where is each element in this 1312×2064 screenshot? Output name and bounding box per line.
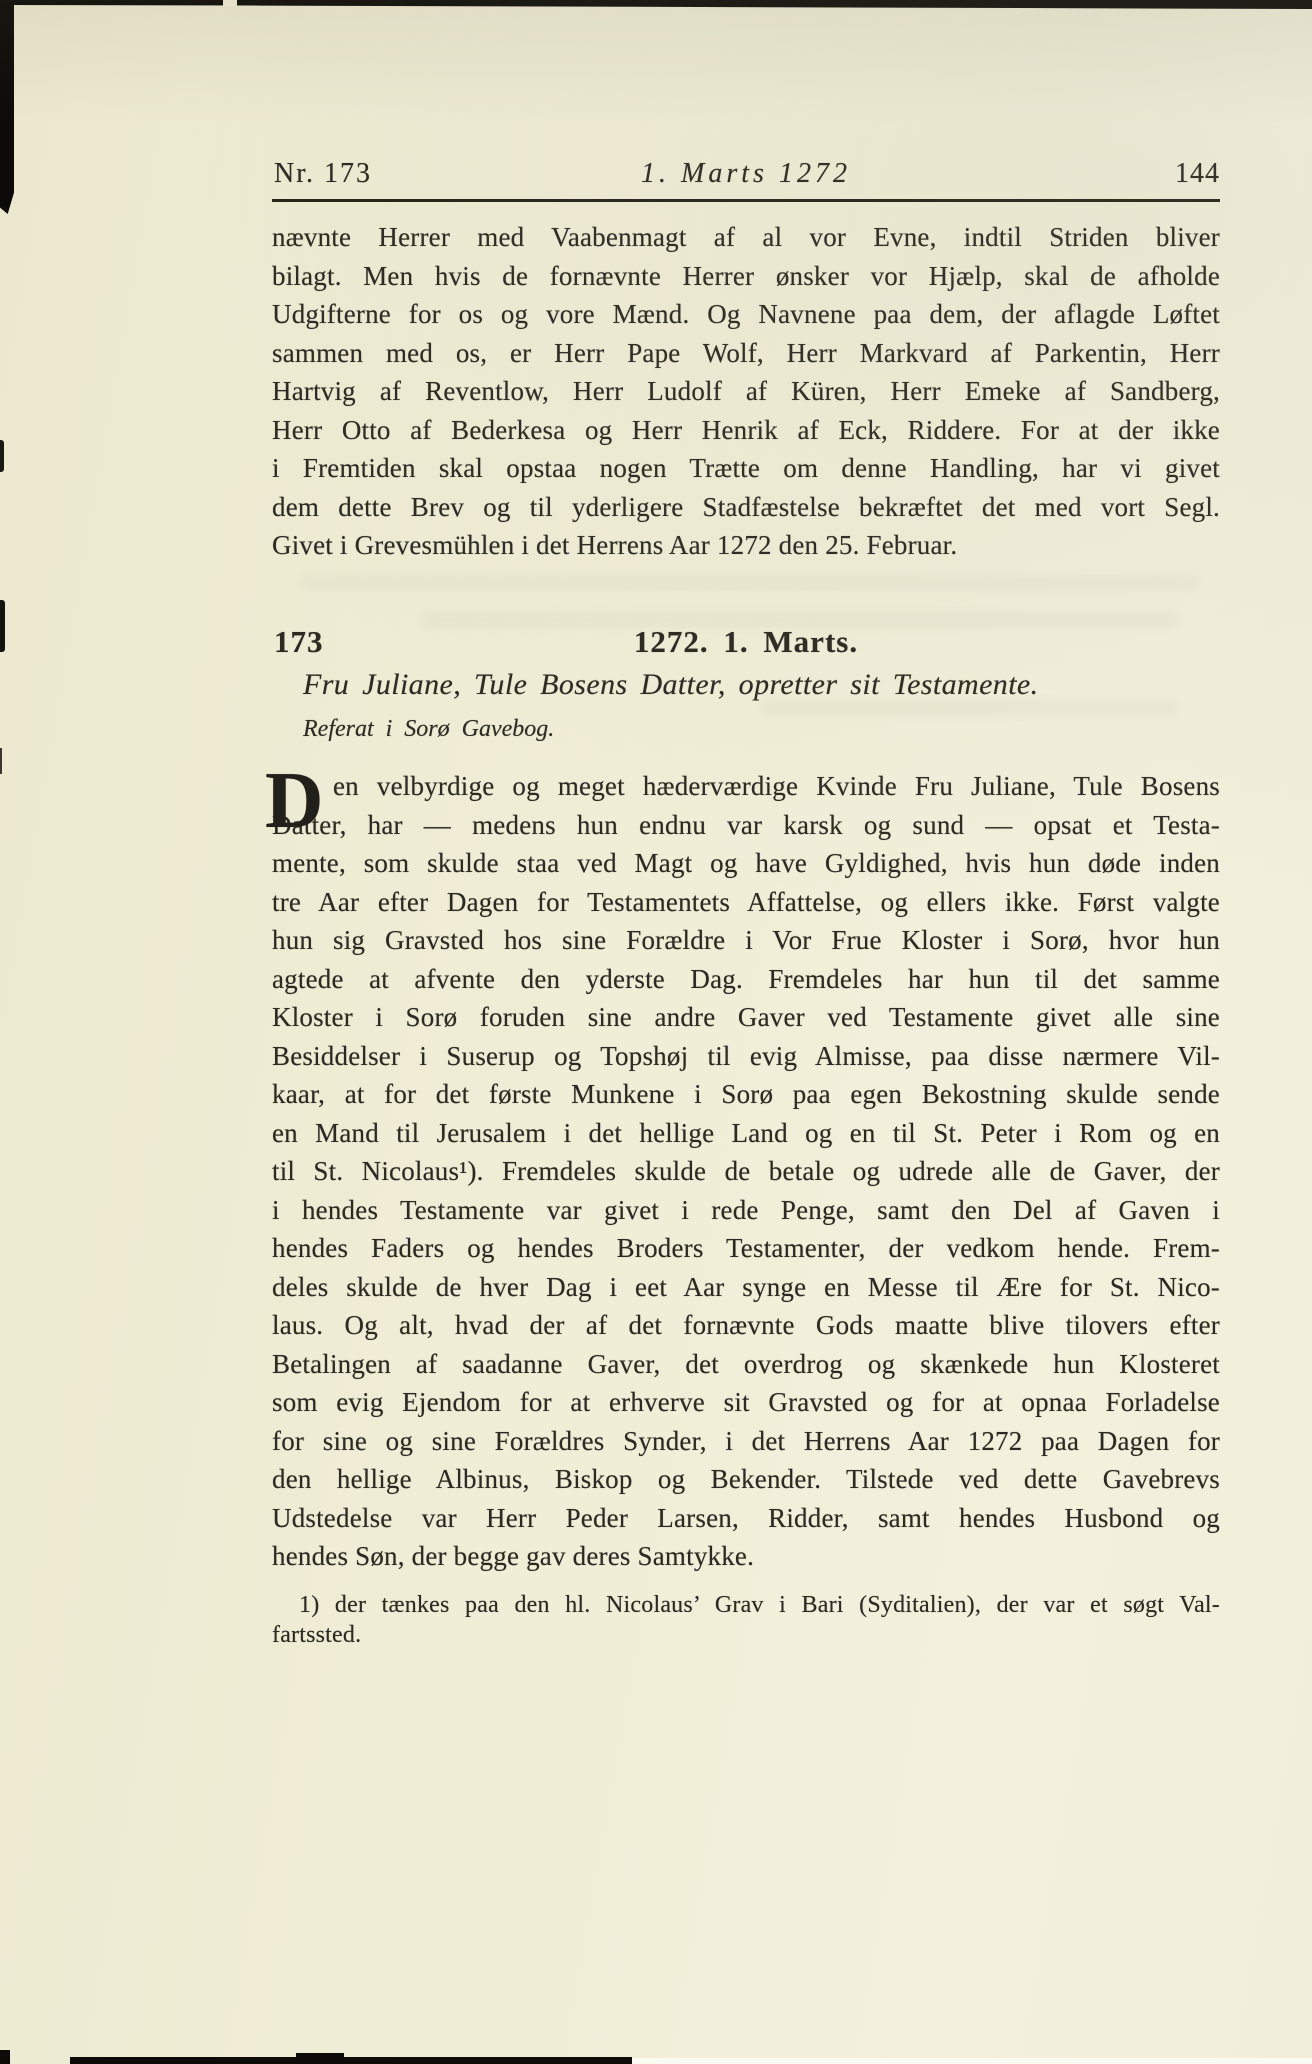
text-line: Udgifterne for os og vore Mænd. Og Navne…	[272, 295, 1220, 334]
text-line: hendes Faders og hendes Broders Testamen…	[272, 1229, 1220, 1268]
text-line: Kloster i Sorø foruden sine andre Gaver …	[272, 998, 1220, 1037]
scan-left-edge	[0, 0, 14, 214]
entry-date-heading: 1272. 1. Marts.	[272, 624, 1220, 660]
scan-bottom-corner	[0, 2050, 10, 2064]
text-line: mente, som skulde staa ved Magt og have …	[272, 844, 1220, 883]
text-line: i Fremtiden skal opstaa nogen Trætte om …	[272, 449, 1220, 488]
drop-cap-letter: D	[265, 771, 324, 829]
scan-top-edge-notch	[223, 0, 237, 6]
previous-entry-text: nævnte Herrer med Vaabenmagt af al vor E…	[272, 218, 1220, 565]
scan-bottom-edge	[70, 2057, 632, 2064]
text-line: en velbyrdige og meget hæderværdige Kvin…	[333, 767, 1220, 806]
text-line: den hellige Albinus, Biskop og Bekender.…	[272, 1460, 1220, 1499]
text-line: tre Aar efter Dagen for Testamentets Aff…	[272, 883, 1220, 922]
entry-source-note: Referat i Sorø Gavebog.	[303, 716, 1220, 743]
scan-left-artifact	[0, 600, 5, 652]
entry-body-text: D en velbyrdige og meget hæderværdige Kv…	[272, 767, 1220, 1576]
book-page-scan: Nr. 173 1. Marts 1272 144 nævnte Herrer …	[0, 0, 1312, 2064]
text-line: Udstedelse var Herr Peder Larsen, Ridder…	[272, 1499, 1220, 1538]
footnote: 1) der tænkes paa den hl. Nicolaus’ Grav…	[272, 1591, 1220, 1650]
header-page-number: 144	[1175, 158, 1220, 190]
text-line: agtede at afvente den yderste Dag. Fremd…	[272, 960, 1220, 999]
text-line: Herr Otto af Bederkesa og Herr Henrik af…	[272, 411, 1220, 450]
text-line: nævnte Herrer med Vaabenmagt af al vor E…	[272, 218, 1220, 257]
text-line: 1) der tænkes paa den hl. Nicolaus’ Grav…	[272, 1591, 1220, 1621]
page-show-through	[760, 700, 1180, 716]
entry-heading: 173 1272. 1. Marts.	[272, 624, 1220, 662]
page-show-through	[300, 575, 1200, 591]
text-line: sammen med os, er Herr Pape Wolf, Herr M…	[272, 334, 1220, 373]
text-line: hendes Søn, der begge gav deres Samtykke…	[272, 1537, 1220, 1576]
text-line: Givet i Grevesmühlen i det Herrens Aar 1…	[272, 526, 1220, 565]
text-line: hun sig Gravsted hos sine Forældre i Vor…	[272, 921, 1220, 960]
text-line: laus. Og alt, hvad der af det fornævnte …	[272, 1306, 1220, 1345]
text-line: Datter, har — medens hun endnu var karsk…	[272, 806, 1220, 845]
text-line: fartssted.	[272, 1621, 1220, 1651]
text-line: dem dette Brev og til yderligere Stadfæs…	[272, 488, 1220, 527]
header-rule	[272, 199, 1220, 202]
text-line: til St. Nicolaus¹). Fremdeles skulde de …	[272, 1152, 1220, 1191]
text-line: Hartvig af Reventlow, Herr Ludolf af Kür…	[272, 372, 1220, 411]
entry-title: Fru Juliane, Tule Bosens Datter, oprette…	[303, 668, 1220, 702]
text-line: bilagt. Men hvis de fornævnte Herrer øns…	[272, 257, 1220, 296]
scan-bottom-white-strip	[632, 2058, 1312, 2064]
text-line: deles skulde de hver Dag i eet Aar synge…	[272, 1268, 1220, 1307]
text-line: Besiddelser i Suserup og Topshøj til evi…	[272, 1037, 1220, 1076]
text-line: som evig Ejendom for at erhverve sit Gra…	[272, 1383, 1220, 1422]
scan-bottom-edge-blob	[296, 2053, 344, 2064]
text-line: en Mand til Jerusalem i det hellige Land…	[272, 1114, 1220, 1153]
scan-left-artifact	[0, 748, 2, 774]
header-date: 1. Marts 1272	[272, 158, 1220, 190]
text-line: for sine og sine Forældres Synder, i det…	[272, 1422, 1220, 1461]
text-line: i hendes Testamente var givet i rede Pen…	[272, 1191, 1220, 1230]
scan-top-edge	[0, 0, 1312, 9]
running-header: Nr. 173 1. Marts 1272 144	[272, 158, 1220, 192]
scan-left-artifact	[0, 440, 4, 472]
text-line: kaar, at for det første Munkene i Sorø p…	[272, 1075, 1220, 1114]
text-line: Betalingen af saadanne Gaver, det overdr…	[272, 1345, 1220, 1384]
